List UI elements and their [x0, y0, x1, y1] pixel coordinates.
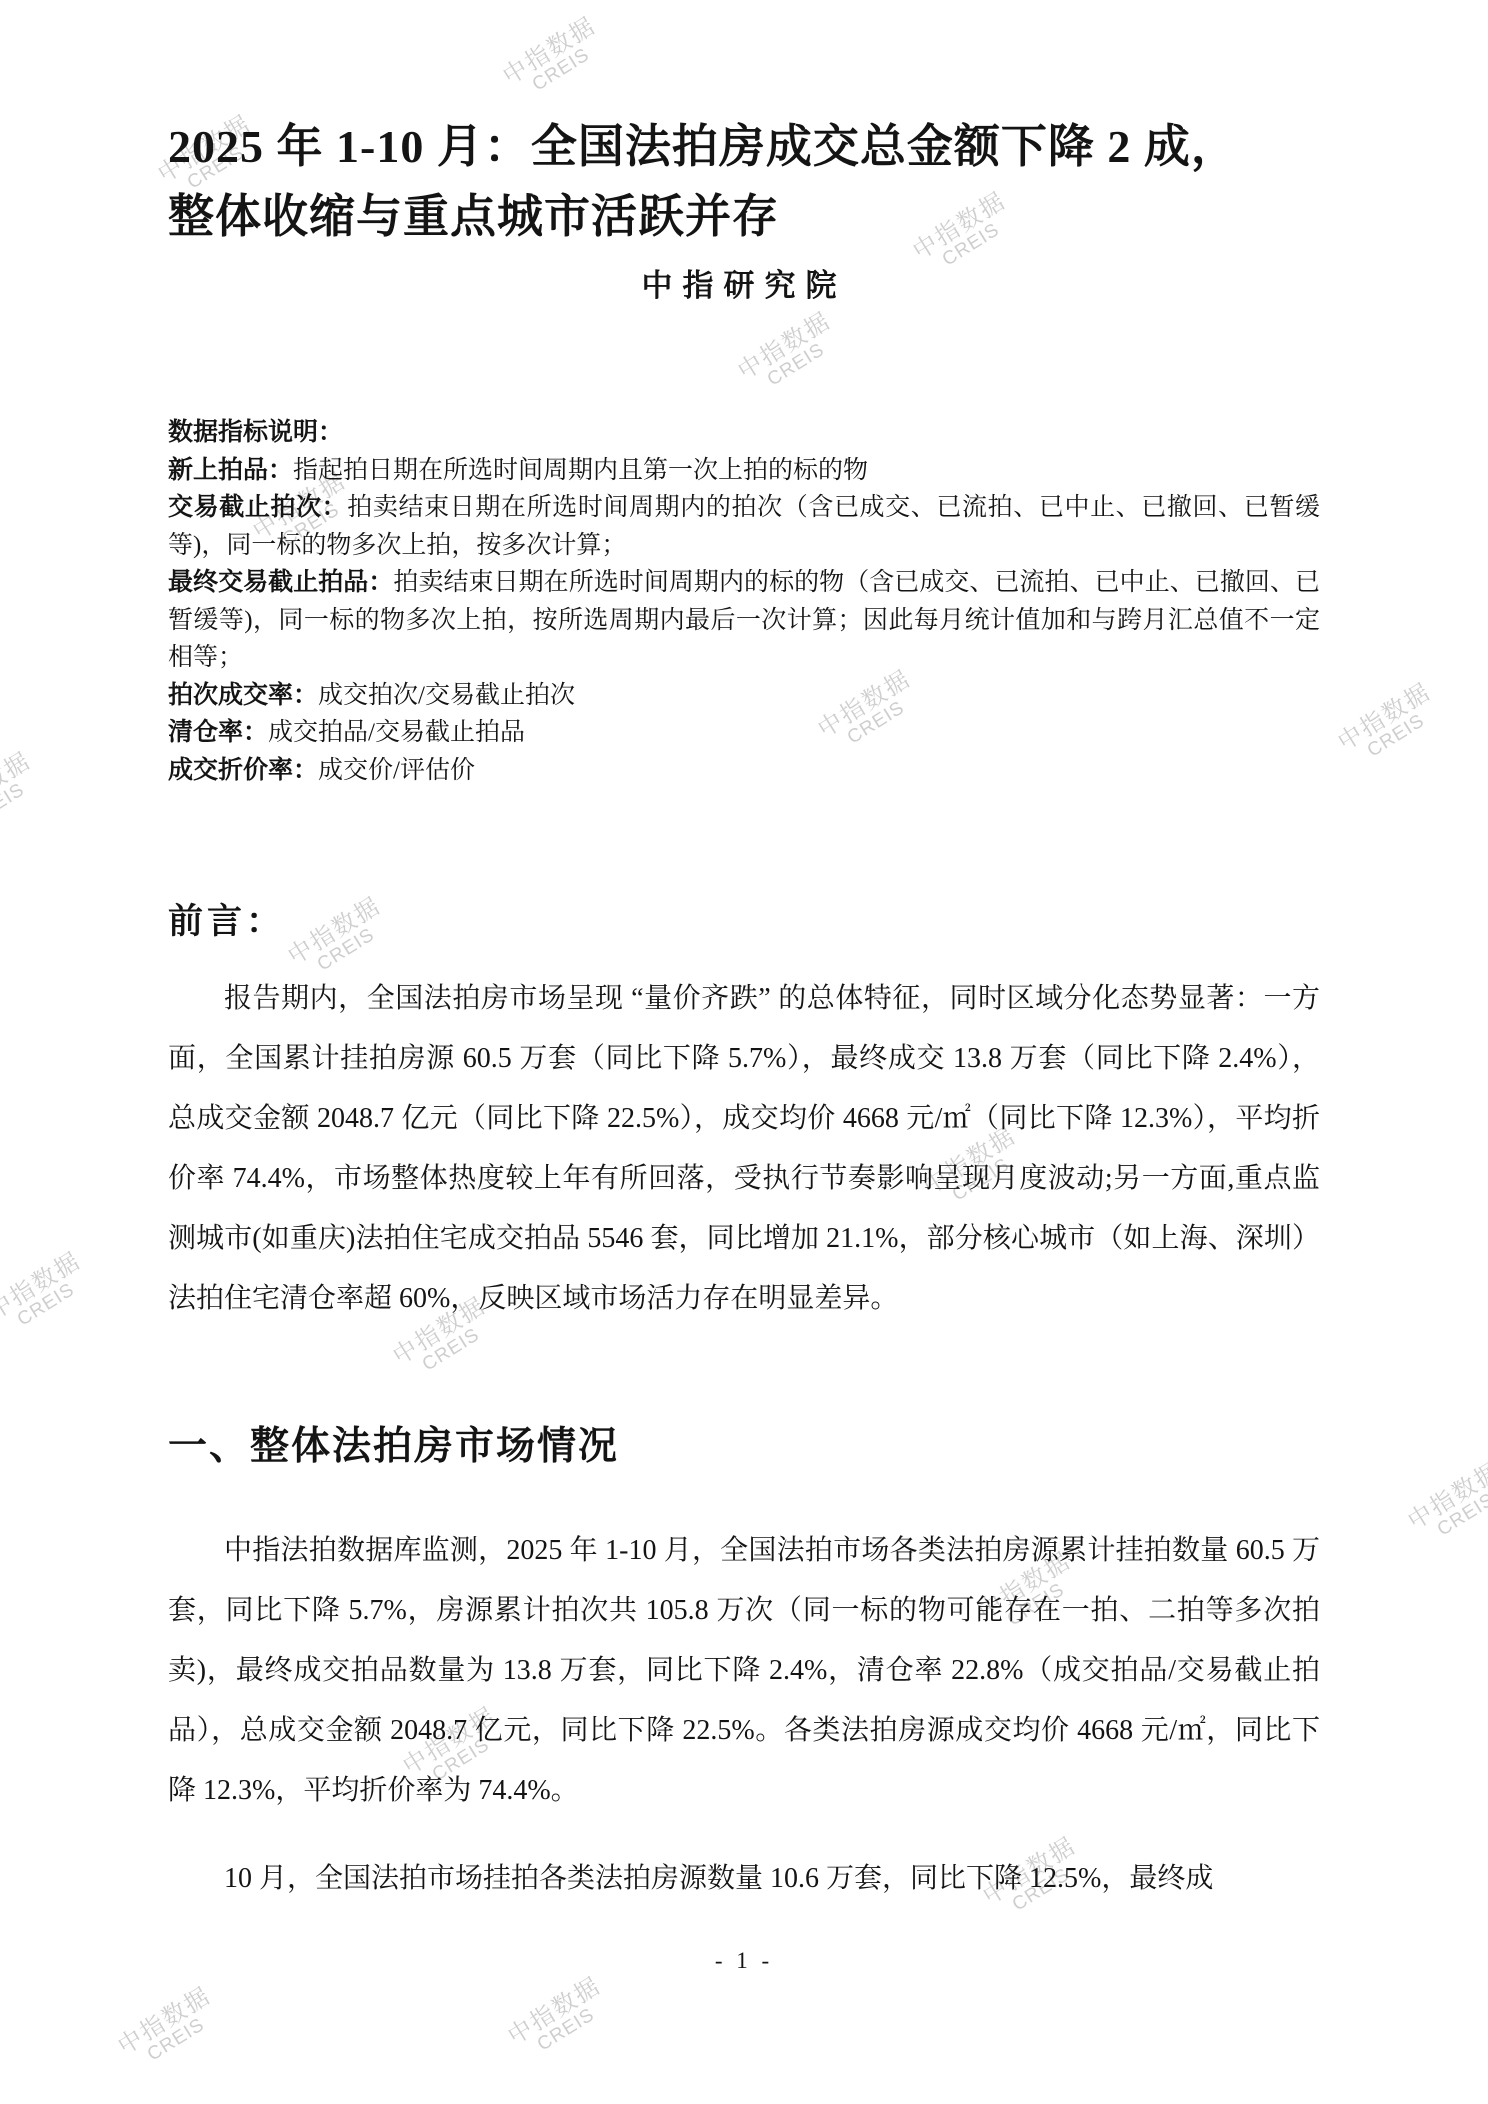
watermark: 中指数据CREIS	[504, 1974, 615, 2066]
document-content: 2025 年 1-10 月：全国法拍房成交总金额下降 2 成， 整体收缩与重点城…	[168, 0, 1320, 1937]
watermark: 中指数据CREIS	[1334, 680, 1445, 772]
watermark: 中指数据CREIS	[0, 1249, 96, 1341]
watermark: 中指数据CREIS	[0, 749, 46, 841]
preface-heading: 前言：	[168, 897, 1320, 947]
definition-final-deal-cutoff-lot: 最终交易截止拍品：拍卖结束日期在所选时间周期内的标的物（含已成交、已流拍、已中止…	[168, 564, 1320, 677]
document-title: 2025 年 1-10 月：全国法拍房成交总金额下降 2 成， 整体收缩与重点城…	[168, 112, 1320, 252]
title-line-1: 2025 年 1-10 月：全国法拍房成交总金额下降 2 成，	[168, 121, 1238, 172]
preface-paragraph: 报告期内，全国法拍房市场呈现 “量价齐跌” 的总体特征，同时区域分化态势显著：一…	[168, 969, 1320, 1329]
definition-new-listing: 新上拍品：指起拍日期在所选时间周期内且第一次上拍的标的物	[168, 452, 1320, 490]
author-byline: 中指研究院	[168, 264, 1320, 308]
section-1-paragraph-2: 10 月，全国法拍市场挂拍各类法拍房源数量 10.6 万套，同比下降 12.5%…	[168, 1849, 1320, 1909]
watermark: 中指数据CREIS	[1404, 1459, 1488, 1551]
indicator-definitions: 数据指标说明： 新上拍品：指起拍日期在所选时间周期内且第一次上拍的标的物 交易截…	[168, 414, 1320, 789]
section-1-paragraph-1: 中指法拍数据库监测，2025 年 1-10 月，全国法拍市场各类法拍房源累计挂拍…	[168, 1521, 1320, 1821]
definition-discount-rate: 成交折价率：成交价/评估价	[168, 752, 1320, 790]
section-1-heading: 一、整体法拍房市场情况	[168, 1419, 1320, 1475]
definition-clearance-rate: 清仓率：成交拍品/交易截止拍品	[168, 714, 1320, 752]
definition-auction-deal-rate: 拍次成交率：成交拍次/交易截止拍次	[168, 677, 1320, 715]
page-number: - 1 -	[0, 1948, 1488, 1974]
watermark: 中指数据CREIS	[114, 1984, 225, 2076]
indicator-definitions-heading: 数据指标说明：	[168, 414, 1320, 452]
definition-deal-cutoff-auction: 交易截止拍次：拍卖结束日期在所选时间周期内的拍次（含已成交、已流拍、已中止、已撤…	[168, 489, 1320, 564]
document-page: 中指数据CREIS中指数据CREIS中指数据CREIS中指数据CREIS中指数据…	[0, 0, 1488, 2104]
title-line-2: 整体收缩与重点城市活跃并存	[168, 191, 779, 242]
